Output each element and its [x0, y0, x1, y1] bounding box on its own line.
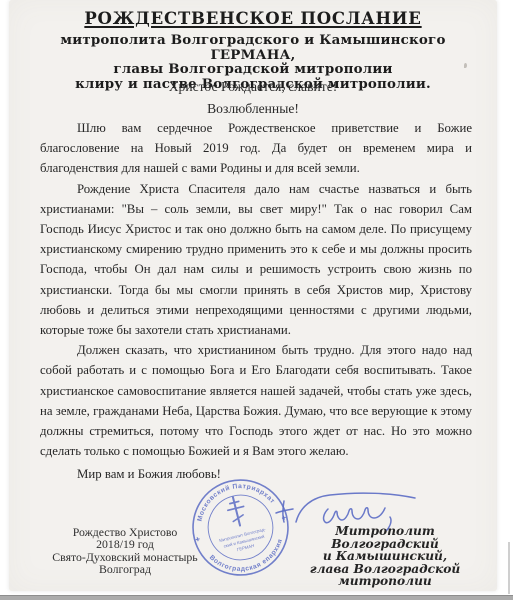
salutation-christ-is-born: Христос Рождается, славите! [20, 79, 486, 95]
orthodox-cross-icon [225, 495, 248, 527]
footer-left-line-4: Волгоград [45, 563, 205, 575]
salutation-beloved: Возлюбленные! [20, 101, 486, 117]
signature-title-line-2: и Камышинский, [285, 550, 485, 563]
seal-separator-left: ✚ [195, 536, 202, 544]
letter-footer-date-place: Рождество Христово 2018/19 год Свято-Дух… [45, 526, 205, 576]
letter-subtitle-line-2: главы Волгоградской митрополии [20, 62, 486, 77]
paragraph-2: Рождение Христа Спасителя дало нам счаст… [40, 179, 472, 341]
signature-title-line-3: глава Волгоградской митрополии [285, 563, 485, 588]
scanned-letter-view: РОЖДЕСТВЕНСКОЕ ПОСЛАНИЕ митрополита Волг… [0, 0, 513, 603]
paragraph-3: Должен сказать, что христианином быть тр… [40, 340, 472, 461]
footer-left-line-2: 2018/19 год [45, 538, 205, 550]
page-right-edge-shadow [508, 542, 510, 594]
scan-artifact-speck [464, 63, 467, 68]
window-bottom-edge [0, 595, 513, 600]
letter-body: Шлю вам сердечное Рождественское приветс… [40, 118, 472, 485]
letter-page: РОЖДЕСТВЕНСКОЕ ПОСЛАНИЕ митрополита Волг… [9, 0, 497, 591]
paragraph-1: Шлю вам сердечное Рождественское приветс… [40, 118, 472, 179]
metropolitan-signature-handwriting [270, 489, 422, 537]
letter-subtitle-line-1: митрополита Волгоградского и Камышинског… [20, 33, 486, 62]
letter-title: РОЖДЕСТВЕНСКОЕ ПОСЛАНИЕ [20, 9, 486, 28]
